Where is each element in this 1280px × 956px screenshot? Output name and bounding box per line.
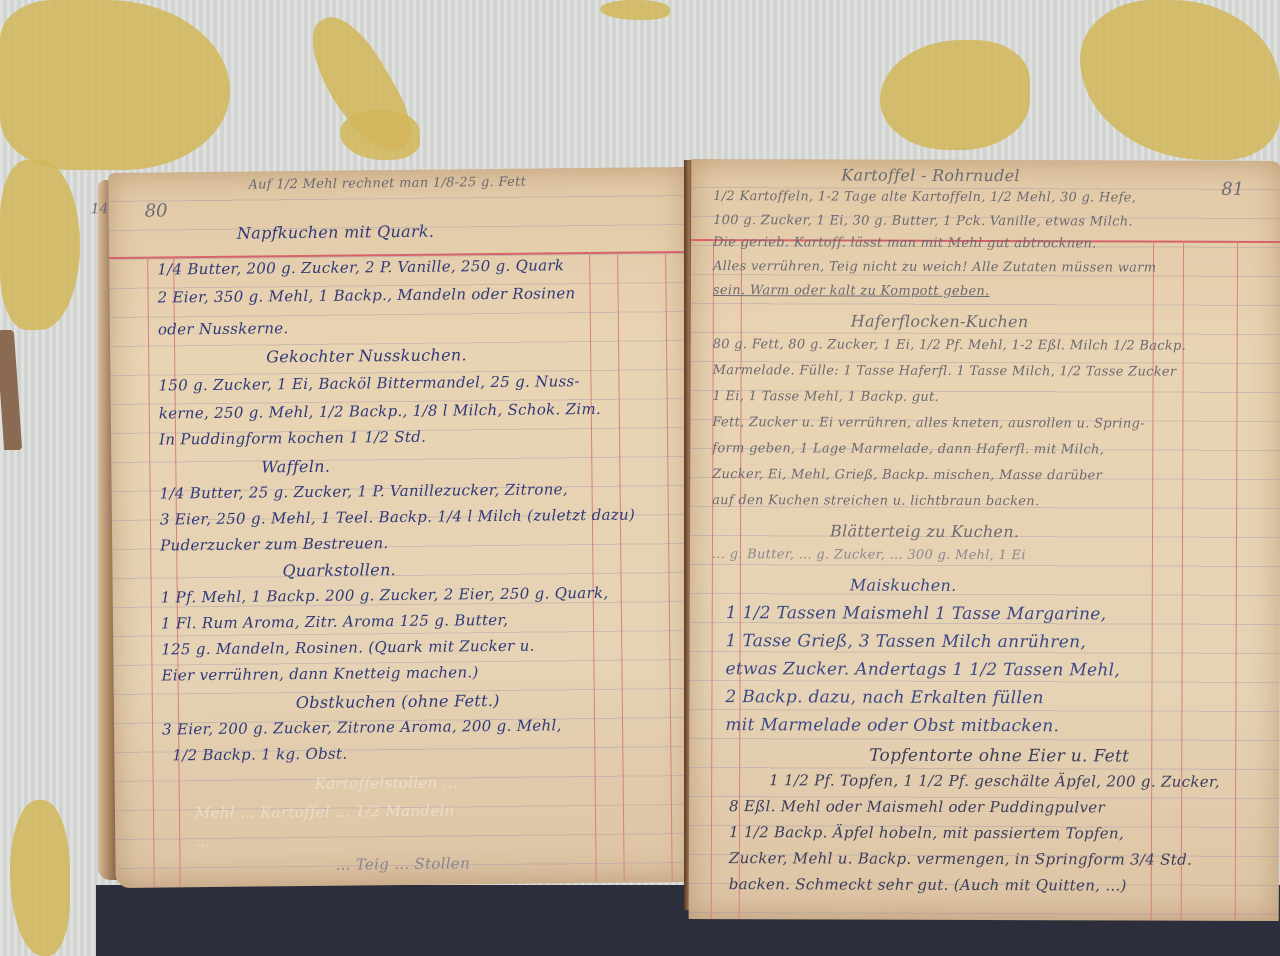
recipe-line: Marmelade. Fülle: 1 Tasse Haferfl. 1 Tas… (713, 363, 1177, 380)
recipe-line: auf den Kuchen streichen u. lichtbraun b… (712, 493, 1039, 509)
recipe-line: Puderzucker zum Bestreuen. (160, 534, 388, 554)
recipe-line: 1/2 Backp. 1 kg. Obst. (172, 745, 347, 765)
page-number: 80 (145, 200, 168, 221)
top-note: Auf 1/2 Mehl rechnet man 1/8-25 g. Fett (248, 175, 526, 193)
faded-line: Mehl ... Kartoffel ... 1/2 Mandeln (195, 801, 455, 822)
faded-line: Kartoffelstollen ... (315, 773, 458, 792)
recipe-line: Alles verrühren, Teig nicht zu weich! Al… (713, 259, 1156, 276)
recipe-line: 100 g. Zucker, 1 Ei, 30 g. Butter, 1 Pck… (713, 213, 1133, 229)
recipe-line: 1 1/2 Pf. Topfen, 1 1/2 Pf. geschälte Äp… (769, 771, 1220, 791)
recipe-title: Napfkuchen mit Quark. (237, 222, 435, 243)
recipe-title: Topfentorte ohne Eier u. Fett (869, 746, 1129, 767)
recipe-line: Zucker, Ei, Mehl, Grieß, Backp. mischen,… (712, 467, 1102, 483)
page-number: 81 (1221, 179, 1244, 200)
recipe-title: Maiskuchen. (850, 576, 957, 595)
recipe-line: Fett, Zucker u. Ei verrühren, alles knet… (712, 415, 1144, 432)
left-page: 14 80 Auf 1/2 Mehl rechnet man 1/8-25 g.… (108, 167, 693, 888)
recipe-line: 80 g. Fett, 80 g. Zucker, 1 Ei, 1/2 Pf. … (713, 337, 1186, 354)
right-page: 81 Kartoffel - Rohrnudel 1/2 Kartoffeln,… (689, 159, 1280, 921)
recipe-line: 2 Backp. dazu, nach Erkalten füllen (725, 687, 1043, 708)
recipe-line: 1/2 Kartoffeln, 1-2 Tage alte Kartoffeln… (713, 189, 1136, 205)
recipe-title: Haferflocken-Kuchen (851, 312, 1029, 332)
recipe-line: form geben, 1 Lage Marmelade, dann Hafer… (712, 441, 1104, 457)
recipe-line: oder Nusskerne. (158, 319, 289, 338)
recipe-line: 1 Ei, 1 Tasse Mehl, 1 Backp. gut. (712, 389, 939, 405)
recipe-line: backen. Schmeckt sehr gut. (Auch mit Qui… (729, 875, 1127, 894)
recipe-line: sein. Warm oder kalt zu Kompott geben. (713, 283, 990, 299)
faded-line: ... (195, 832, 210, 850)
recipe-line: In Puddingform kochen 1 1/2 Std. (159, 428, 426, 449)
recipe-line: mit Marmelade oder Obst mitbacken. (725, 715, 1059, 736)
recipe-line: 1 Fl. Rum Aroma, Zitr. Aroma 125 g. Butt… (161, 611, 509, 633)
recipe-line: Die gerieb. Kartoff. lässt man mit Mehl … (713, 235, 1097, 251)
recipe-title: Waffeln. (261, 457, 330, 477)
recipe-line: ... g. Butter, ... g. Zucker, ... 300 g.… (712, 547, 1026, 563)
recipe-line: 8 Eßl. Mehl oder Maismehl oder Puddingpu… (729, 797, 1105, 816)
recipe-line: 1 Tasse Grieß, 3 Tassen Milch anrühren, (726, 631, 1086, 652)
recipe-title: Blätterteig zu Kuchen. (830, 521, 1019, 541)
recipe-line: Eier verrühren, dann Knetteig machen.) (161, 663, 478, 684)
damask-motif (0, 160, 80, 330)
recipe-title: Obstkuchen (ohne Fett.) (296, 691, 500, 712)
recipe-line: 1 1/2 Backp. Äpfel hobeln, mit passierte… (729, 823, 1124, 842)
faded-line: ... Teig ... Stollen (335, 854, 470, 873)
recipe-title: Quarkstollen. (282, 560, 396, 580)
recipe-line: 1 1/2 Tassen Maismehl 1 Tasse Margarine, (726, 603, 1107, 624)
recipe-title: Kartoffel - Rohrnudel (841, 165, 1020, 185)
recipe-line: Zucker, Mehl u. Backp. vermengen, in Spr… (729, 849, 1192, 869)
margin-number: 14 (91, 201, 109, 217)
recipe-line: etwas Zucker. Andertags 1 1/2 Tassen Meh… (726, 659, 1121, 680)
recipe-title: Gekochter Nusskuchen. (266, 345, 467, 366)
